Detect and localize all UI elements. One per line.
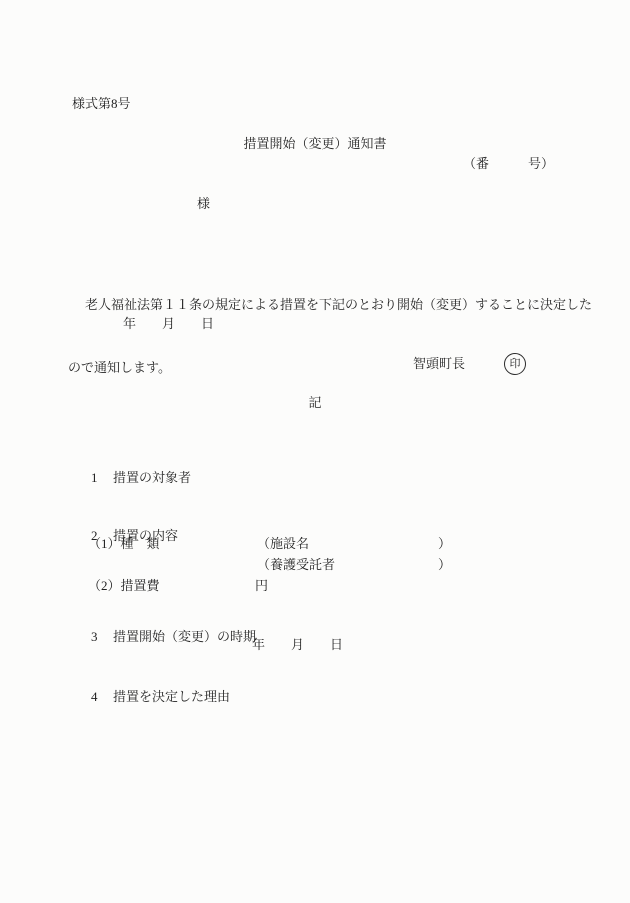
body-paragraph: 老人福祉法第１１条の規定による措置を下記のとおり開始（変更）することに決定した … bbox=[72, 252, 592, 420]
issuer-name: 智頭町長 bbox=[413, 357, 465, 370]
issue-date-line: 年 月 日 bbox=[123, 317, 214, 330]
item-3-label: 措置開始（変更）の時期 bbox=[113, 629, 256, 644]
body-line-1: 老人福祉法第１１条の規定による措置を下記のとおり開始（変更）することに決定した bbox=[72, 294, 592, 315]
item-3-date-line: 年 月 日 bbox=[252, 638, 343, 651]
facility-name-field-close: ） bbox=[438, 537, 451, 550]
item-2-sub2-label: （2）措置費 bbox=[88, 579, 160, 592]
item-1-number: 1 bbox=[91, 471, 113, 484]
separator-ki: 記 bbox=[0, 396, 630, 409]
reference-number-field: （番 号） bbox=[463, 157, 554, 170]
item-3: 3措置開始（変更）の時期 bbox=[78, 617, 256, 656]
addressee-honorific: 様 bbox=[197, 197, 210, 210]
item-1-label: 措置の対象者 bbox=[113, 470, 191, 485]
caretaker-field-open: （養護受託者 bbox=[257, 558, 335, 571]
item-3-number: 3 bbox=[91, 630, 113, 643]
item-4: 4措置を決定した理由 bbox=[78, 677, 230, 716]
item-4-label: 措置を決定した理由 bbox=[113, 689, 230, 704]
document-title: 措置開始（変更）通知書 bbox=[0, 137, 630, 150]
caretaker-field-close: ） bbox=[438, 558, 451, 571]
item-4-number: 4 bbox=[91, 690, 113, 703]
form-number: 様式第8号 bbox=[72, 97, 131, 110]
facility-name-field-open: （施設名 bbox=[257, 537, 309, 550]
item-1: 1措置の対象者 bbox=[78, 458, 191, 497]
seal-mark-icon: 印 bbox=[504, 353, 526, 375]
document-page: 様式第8号 措置開始（変更）通知書 （番 号） 様 老人福祉法第１１条の規定によ… bbox=[0, 0, 630, 903]
item-2-sub1-label: （1）種 類 bbox=[88, 537, 160, 550]
fee-unit: 円 bbox=[255, 579, 268, 592]
